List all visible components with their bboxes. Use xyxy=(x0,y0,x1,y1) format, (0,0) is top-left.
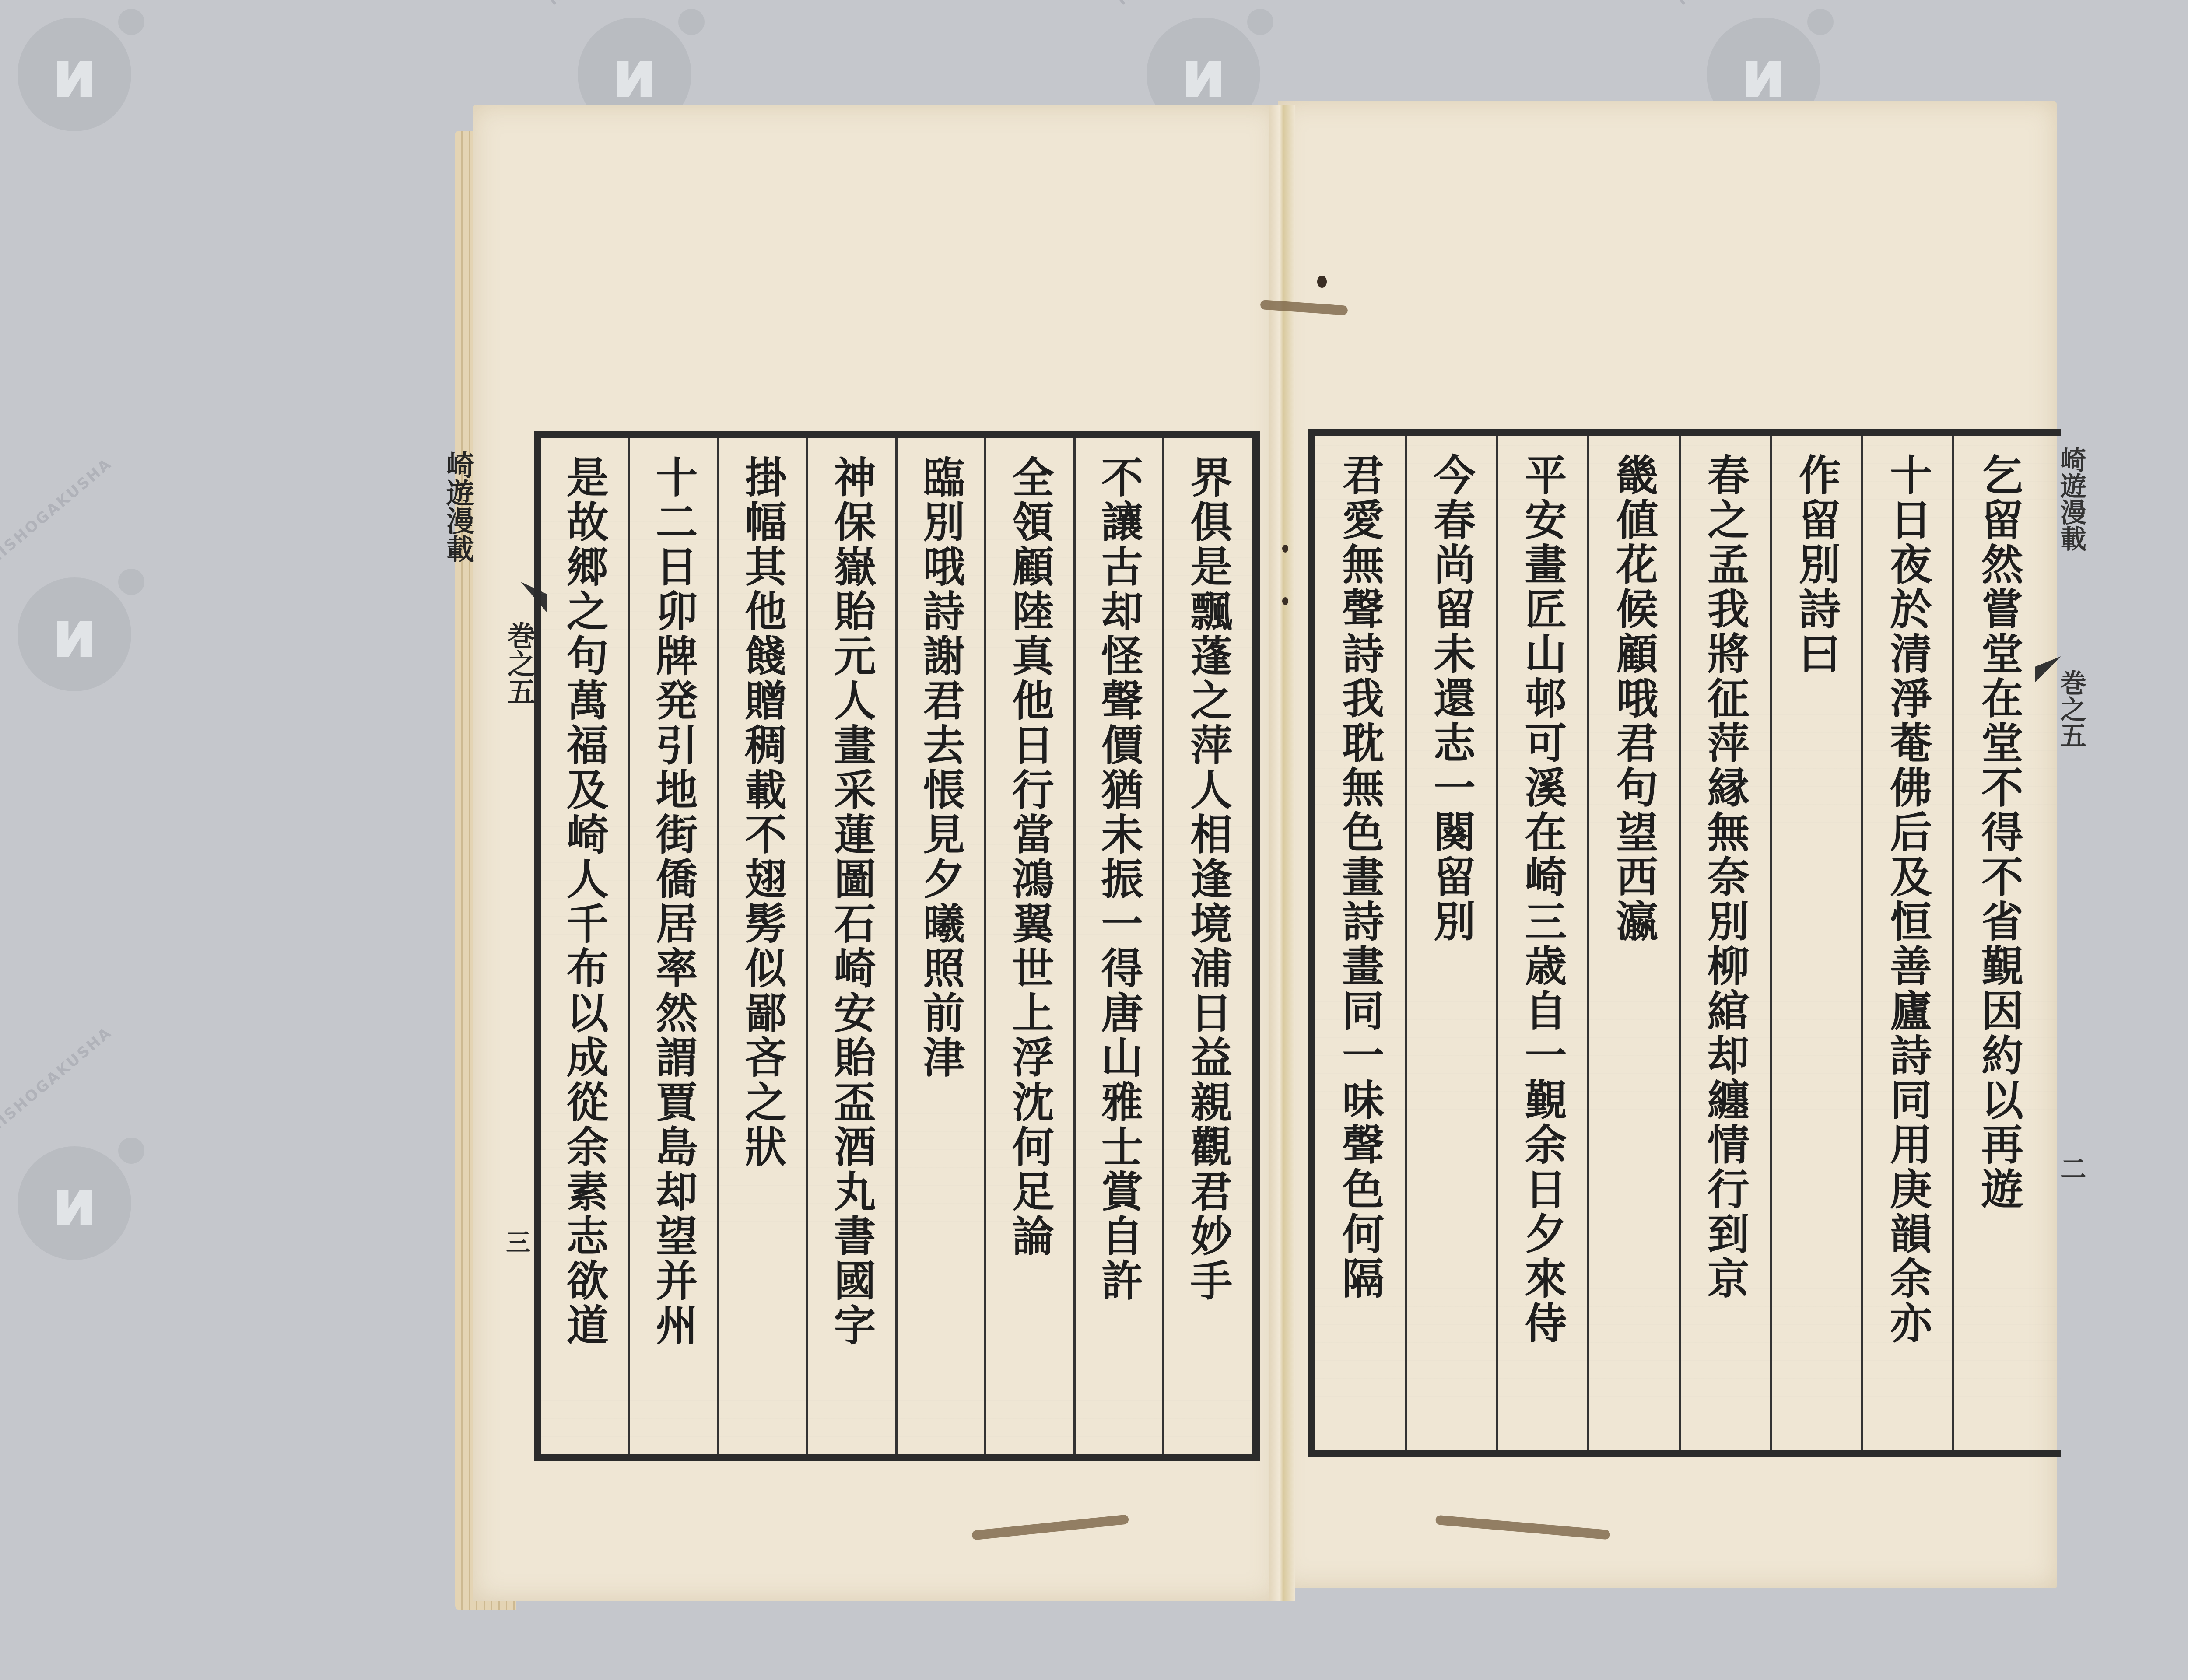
text-column: 乞留然嘗堂在堂不得不省覲因約以再遊 xyxy=(1952,436,2044,1450)
watermark-logo: NISHOGAKUSHAᴎ xyxy=(18,17,131,131)
column-text: 作留別詩曰 xyxy=(1795,453,1837,1450)
watermark-text: NISHOGAKUSHA xyxy=(544,0,676,9)
stitch-hole xyxy=(1317,276,1327,288)
column-text: 春之孟我將征萍縁無奈別柳綰却纏情行到京 xyxy=(1704,453,1746,1450)
text-column: 畿値花候顧哦君句望西瀛 xyxy=(1587,436,1679,1450)
text-column: 臨別哦詩謝君去悵見夕曦照前津 xyxy=(895,438,985,1454)
left-page-text-frame: 界俱是飄蓬之萍人相逢境浦日益親觀君妙手 不讓古却怪聲價猶未振一得唐山雅士賞自許 … xyxy=(534,431,1260,1461)
column-text: 畿値花候顧哦君句望西瀛 xyxy=(1613,453,1655,1450)
column-text: 掛幅其他餞贈稠載不翅髣似鄙吝之狀 xyxy=(742,455,784,1454)
left-margin-title: 崎遊漫載 xyxy=(438,451,478,563)
text-column: 界俱是飄蓬之萍人相逢境浦日益親觀君妙手 xyxy=(1162,438,1252,1454)
text-column: 掛幅其他餞贈稠載不翅髣似鄙吝之狀 xyxy=(717,438,806,1454)
watermark-dot xyxy=(118,9,144,35)
column-text: 十日夜於清淨菴佛后及恒善廬詩同用庚韻余亦 xyxy=(1887,453,1929,1450)
right-margin-page-number: 二 xyxy=(2052,1155,2090,1181)
column-text: 平安畫匠山邨可溪在崎三歳自一覲余日夕來侍 xyxy=(1522,453,1564,1450)
watermark-text: NISHOGAKUSHA xyxy=(0,455,116,569)
column-text: 是故郷之句萬福及崎人千布以成從余素志欲道 xyxy=(563,455,605,1454)
watermark-dot xyxy=(118,569,144,595)
column-text: 今春尚留未還志一闋留別 xyxy=(1430,453,1472,1450)
text-column: 十二日卯牌発引地街僑居率然謂賈島却望并州 xyxy=(628,438,717,1454)
text-column: 是故郷之句萬福及崎人千布以成從余素志欲道 xyxy=(541,438,628,1454)
watermark-text: NISHOGAKUSHA xyxy=(0,1023,116,1137)
left-margin-page-number: 三 xyxy=(499,1229,534,1254)
right-page-columns: 乞留然嘗堂在堂不得不省覲因約以再遊 十日夜於清淨菴佛后及恒善廬詩同用庚韻余亦 作… xyxy=(1315,436,2044,1450)
watermark-logo: NISHOGAKUSHAᴎ xyxy=(18,1146,131,1260)
right-margin-volume: 巻之五 xyxy=(2052,669,2090,748)
nishogakusha-logo-icon: ᴎ xyxy=(611,36,657,112)
right-margin-title: 崎遊漫載 xyxy=(2052,446,2090,551)
nishogakusha-logo-icon: ᴎ xyxy=(51,36,97,112)
left-page-columns: 界俱是飄蓬之萍人相逢境浦日益親觀君妙手 不讓古却怪聲價猶未振一得唐山雅士賞自許 … xyxy=(541,438,1252,1454)
book-gutter xyxy=(1269,105,1295,1601)
watermark-dot xyxy=(118,1137,144,1164)
text-column: 平安畫匠山邨可溪在崎三歳自一覲余日夕來侍 xyxy=(1496,436,1587,1450)
stitch-hole xyxy=(1282,597,1288,605)
column-text: 全領顧陸真他日行當鴻翼世上浮沈何足論 xyxy=(1009,455,1051,1454)
text-column: 今春尚留未還志一闋留別 xyxy=(1405,436,1496,1450)
text-column: 君愛無聲詩我耽無色畫詩畫同一味聲色何隔 xyxy=(1315,436,1405,1450)
right-page-text-frame: 乞留然嘗堂在堂不得不省覲因約以再遊 十日夜於清淨菴佛后及恒善廬詩同用庚韻余亦 作… xyxy=(1308,429,2061,1457)
watermark-text: NISHOGAKUSHA xyxy=(0,0,116,9)
nishogakusha-logo-icon: ᴎ xyxy=(51,1165,97,1241)
left-margin-volume: 巻之五 xyxy=(499,621,539,705)
column-text: 十二日卯牌発引地街僑居率然謂賈島却望并州 xyxy=(652,455,694,1454)
column-text: 君愛無聲詩我耽無色畫詩畫同一味聲色何隔 xyxy=(1339,453,1381,1450)
stitch-hole xyxy=(1282,545,1288,553)
text-column: 春之孟我將征萍縁無奈別柳綰却纏情行到京 xyxy=(1679,436,1770,1450)
column-text: 神保嶽貽元人畫采蓮圖石崎安貽盃酒丸書國字 xyxy=(831,455,873,1454)
text-column: 神保嶽貽元人畫采蓮圖石崎安貽盃酒丸書國字 xyxy=(806,438,895,1454)
watermark-text: NISHOGAKUSHA xyxy=(1113,0,1245,9)
column-text: 不讓古却怪聲價猶未振一得唐山雅士賞自許 xyxy=(1098,455,1140,1454)
watermark-dot xyxy=(1807,9,1834,35)
nishogakusha-logo-icon: ᴎ xyxy=(51,596,97,672)
text-column: 不讓古却怪聲價猶未振一得唐山雅士賞自許 xyxy=(1073,438,1163,1454)
watermark-dot xyxy=(1247,9,1273,35)
text-column: 全領顧陸真他日行當鴻翼世上浮沈何足論 xyxy=(984,438,1073,1454)
watermark-dot xyxy=(678,9,705,35)
watermark-text: NISHOGAKUSHA xyxy=(1673,0,1805,9)
column-text: 界俱是飄蓬之萍人相逢境浦日益親觀君妙手 xyxy=(1187,455,1229,1454)
watermark-logo: NISHOGAKUSHAᴎ xyxy=(18,577,131,691)
column-text: 乞留然嘗堂在堂不得不省覲因約以再遊 xyxy=(1978,453,2020,1450)
text-column: 十日夜於清淨菴佛后及恒善廬詩同用庚韻余亦 xyxy=(1861,436,1953,1450)
column-text: 臨別哦詩謝君去悵見夕曦照前津 xyxy=(920,455,962,1454)
text-column: 作留別詩曰 xyxy=(1770,436,1861,1450)
nishogakusha-logo-icon: ᴎ xyxy=(1180,36,1226,112)
